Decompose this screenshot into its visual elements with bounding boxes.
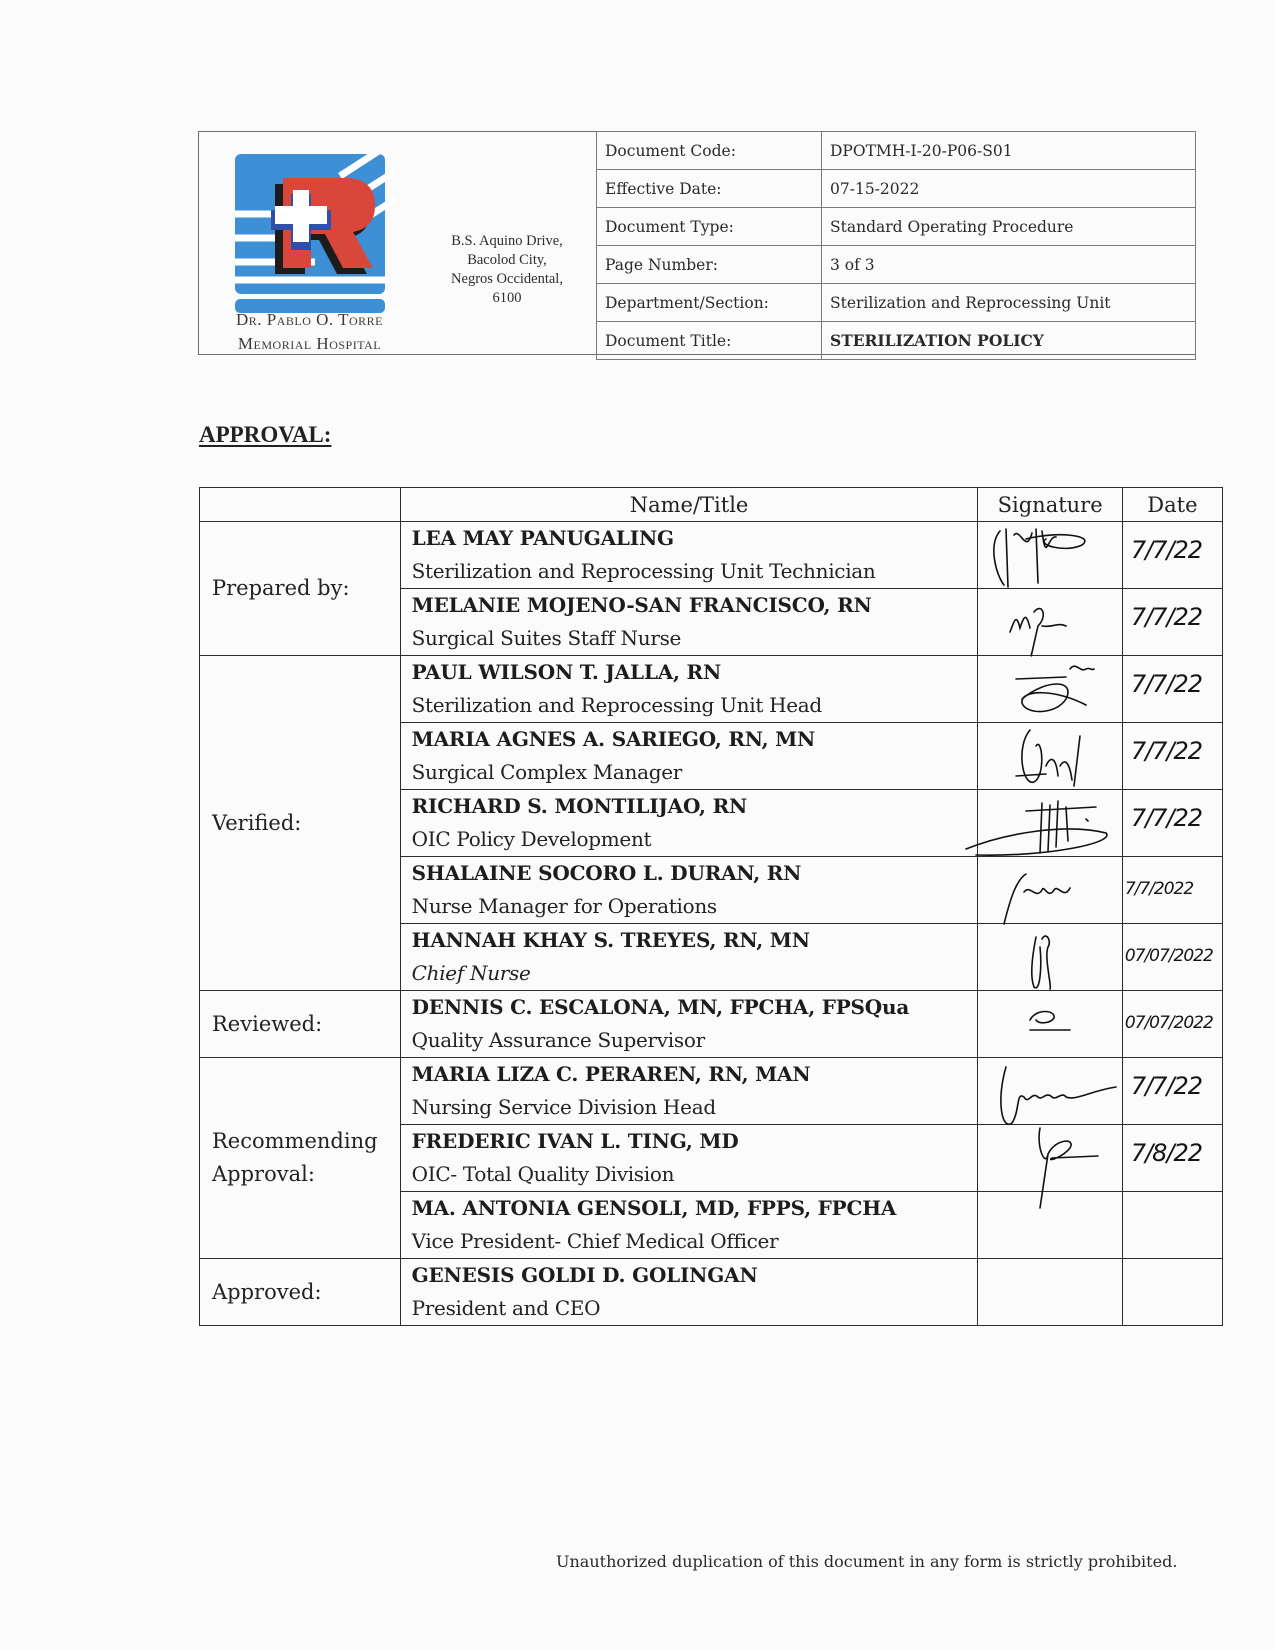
signatory-cell: GENESIS GOLDI D. GOLINGANPresident and C… xyxy=(400,1259,978,1326)
column-header-role xyxy=(200,488,401,522)
hospital-name-line1: Dr. Pablo O. Torre xyxy=(207,308,412,332)
handwritten-signature-icon xyxy=(986,726,1114,788)
approval-row: Prepared by:LEA MAY PANUGALINGSterilizat… xyxy=(200,522,1223,589)
handwritten-date: 7/7/22 xyxy=(1131,603,1202,631)
date-cell: 7/7/22 xyxy=(1122,522,1222,589)
column-header-date: Date xyxy=(1122,488,1222,522)
hospital-logo-icon xyxy=(235,154,395,319)
signatory-title: Quality Assurance Supervisor xyxy=(412,1024,978,1057)
document-header: Dr. Pablo O. Torre Memorial Hospital B.S… xyxy=(198,131,1196,355)
signatory-cell: MARIA LIZA C. PERAREN, RN, MANNursing Se… xyxy=(400,1058,978,1125)
signatory-cell: MA. ANTONIA GENSOLI, MD, FPPS, FPCHAVice… xyxy=(400,1192,978,1259)
handwritten-signature-icon xyxy=(986,1128,1114,1190)
signatory-title: OIC- Total Quality Division xyxy=(412,1158,978,1191)
hospital-address: B.S. Aquino Drive, Bacolod City, Negros … xyxy=(421,232,593,308)
meta-row-document-code: Document Code: DPOTMH-I-20-P06-S01 xyxy=(597,132,1196,170)
handwritten-signature-icon xyxy=(986,1061,1114,1123)
meta-value: 07-15-2022 xyxy=(822,170,1196,208)
approval-role-label: Verified: xyxy=(200,656,401,991)
signature-cell xyxy=(978,522,1122,589)
handwritten-signature-icon xyxy=(986,994,1114,1056)
handwritten-date: 7/7/22 xyxy=(1131,1072,1202,1100)
column-header-name-title: Name/Title xyxy=(400,488,978,522)
signatory-title: Sterilization and Reprocessing Unit Head xyxy=(412,689,978,722)
column-header-signature: Signature xyxy=(978,488,1122,522)
date-cell: 7/8/22 xyxy=(1122,1125,1222,1192)
meta-value: 3 of 3 xyxy=(822,246,1196,284)
approval-row: Recommending Approval:MARIA LIZA C. PERA… xyxy=(200,1058,1223,1125)
signatory-title: Surgical Complex Manager xyxy=(412,756,978,789)
signatory-title: Nursing Service Division Head xyxy=(412,1091,978,1124)
signatory-title: Surgical Suites Staff Nurse xyxy=(412,622,978,655)
date-cell: 7/7/2022 xyxy=(1122,857,1222,924)
footer-notice: Unauthorized duplication of this documen… xyxy=(556,1552,1177,1571)
signature-cell xyxy=(978,1125,1122,1192)
handwritten-date: 7/7/22 xyxy=(1131,670,1202,698)
signature-cell xyxy=(978,1259,1122,1326)
meta-label: Document Title: xyxy=(597,322,822,360)
meta-value: DPOTMH-I-20-P06-S01 xyxy=(822,132,1196,170)
handwritten-date: 7/7/2022 xyxy=(1125,879,1193,899)
signatory-cell: MARIA AGNES A. SARIEGO, RN, MNSurgical C… xyxy=(400,723,978,790)
signatory-title: Nurse Manager for Operations xyxy=(412,890,978,923)
meta-label: Document Type: xyxy=(597,208,822,246)
signatory-cell: DENNIS C. ESCALONA, MN, FPCHA, FPSQuaQua… xyxy=(400,991,978,1058)
approval-row: Approved:GENESIS GOLDI D. GOLINGANPresid… xyxy=(200,1259,1223,1326)
approval-role-label: Approved: xyxy=(200,1259,401,1326)
approval-row: Reviewed:DENNIS C. ESCALONA, MN, FPCHA, … xyxy=(200,991,1223,1058)
approval-row: Verified:PAUL WILSON T. JALLA, RNSterili… xyxy=(200,656,1223,723)
date-cell: 7/7/22 xyxy=(1122,656,1222,723)
signatory-cell: MELANIE MOJENO-SAN FRANCISCO, RNSurgical… xyxy=(400,589,978,656)
handwritten-date: 7/7/22 xyxy=(1131,737,1202,765)
signatory-name: HANNAH KHAY S. TREYES, RN, MN xyxy=(412,924,978,957)
meta-label: Effective Date: xyxy=(597,170,822,208)
meta-row-effective-date: Effective Date: 07-15-2022 xyxy=(597,170,1196,208)
signatory-name: SHALAINE SOCORO L. DURAN, RN xyxy=(412,857,978,890)
signatory-name: MA. ANTONIA GENSOLI, MD, FPPS, FPCHA xyxy=(412,1192,978,1225)
meta-label: Page Number: xyxy=(597,246,822,284)
signatory-title: Vice President- Chief Medical Officer xyxy=(412,1225,978,1258)
signatory-cell: SHALAINE SOCORO L. DURAN, RNNurse Manage… xyxy=(400,857,978,924)
signatory-name: MARIA AGNES A. SARIEGO, RN, MN xyxy=(412,723,978,756)
handwritten-date: 07/07/2022 xyxy=(1125,946,1213,966)
date-cell xyxy=(1122,1192,1222,1259)
signatory-title: President and CEO xyxy=(412,1292,978,1325)
hospital-name: Dr. Pablo O. Torre Memorial Hospital xyxy=(207,308,412,356)
signatory-cell: HANNAH KHAY S. TREYES, RN, MNChief Nurse xyxy=(400,924,978,991)
meta-value: STERILIZATION POLICY xyxy=(822,322,1196,360)
signature-cell xyxy=(978,924,1122,991)
signatory-name: GENESIS GOLDI D. GOLINGAN xyxy=(412,1259,978,1292)
signatory-name: LEA MAY PANUGALING xyxy=(412,522,978,555)
document-meta-table: Document Code: DPOTMH-I-20-P06-S01 Effec… xyxy=(596,131,1196,355)
handwritten-signature-icon xyxy=(986,659,1114,721)
handwritten-date: 7/7/22 xyxy=(1131,536,1202,564)
handwritten-signature-icon xyxy=(986,927,1114,989)
signatory-name: FREDERIC IVAN L. TING, MD xyxy=(412,1125,978,1158)
signatory-cell: FREDERIC IVAN L. TING, MDOIC- Total Qual… xyxy=(400,1125,978,1192)
meta-label: Department/Section: xyxy=(597,284,822,322)
approval-role-label: Prepared by: xyxy=(200,522,401,656)
signature-cell xyxy=(978,1058,1122,1125)
date-cell: 7/7/22 xyxy=(1122,790,1222,857)
signatory-cell: PAUL WILSON T. JALLA, RNSterilization an… xyxy=(400,656,978,723)
hospital-identity: Dr. Pablo O. Torre Memorial Hospital B.S… xyxy=(199,132,596,354)
signatory-name: MARIA LIZA C. PERAREN, RN, MAN xyxy=(412,1058,978,1091)
date-cell: 07/07/2022 xyxy=(1122,991,1222,1058)
signature-cell xyxy=(978,589,1122,656)
handwritten-signature-icon xyxy=(986,525,1114,587)
signatory-title: OIC Policy Development xyxy=(412,823,978,856)
signatory-cell: LEA MAY PANUGALINGSterilization and Repr… xyxy=(400,522,978,589)
date-cell: 7/7/22 xyxy=(1122,723,1222,790)
handwritten-signature-icon xyxy=(986,860,1114,922)
approval-table: Name/Title Signature Date Prepared by:LE… xyxy=(199,487,1223,1326)
signatory-title: Sterilization and Reprocessing Unit Tech… xyxy=(412,555,978,588)
handwritten-date: 7/8/22 xyxy=(1131,1139,1202,1167)
meta-row-page-number: Page Number: 3 of 3 xyxy=(597,246,1196,284)
handwritten-signature-icon xyxy=(986,592,1114,654)
date-cell: 07/07/2022 xyxy=(1122,924,1222,991)
approval-role-label: Recommending Approval: xyxy=(200,1058,401,1259)
date-cell: 7/7/22 xyxy=(1122,589,1222,656)
address-line: 6100 xyxy=(421,289,593,308)
handwritten-signature-icon xyxy=(986,793,1114,855)
approval-heading: APPROVAL: xyxy=(199,422,331,448)
signatory-title: Chief Nurse xyxy=(412,957,978,990)
signatory-cell: RICHARD S. MONTILIJAO, RNOIC Policy Deve… xyxy=(400,790,978,857)
meta-value: Standard Operating Procedure xyxy=(822,208,1196,246)
hospital-name-line2: Memorial Hospital xyxy=(207,332,412,356)
approval-role-label: Reviewed: xyxy=(200,991,401,1058)
signatory-name: DENNIS C. ESCALONA, MN, FPCHA, FPSQua xyxy=(412,991,978,1024)
date-cell xyxy=(1122,1259,1222,1326)
signatory-name: MELANIE MOJENO-SAN FRANCISCO, RN xyxy=(412,589,978,622)
signature-cell xyxy=(978,857,1122,924)
approval-table-header: Name/Title Signature Date xyxy=(200,488,1223,522)
signature-cell xyxy=(978,991,1122,1058)
signature-cell xyxy=(978,790,1122,857)
signature-cell xyxy=(978,656,1122,723)
meta-row-document-type: Document Type: Standard Operating Proced… xyxy=(597,208,1196,246)
address-line: B.S. Aquino Drive, xyxy=(421,232,593,251)
address-line: Bacolod City, xyxy=(421,251,593,270)
meta-row-department: Department/Section: Sterilization and Re… xyxy=(597,284,1196,322)
meta-value: Sterilization and Reprocessing Unit xyxy=(822,284,1196,322)
signatory-name: RICHARD S. MONTILIJAO, RN xyxy=(412,790,978,823)
signature-cell xyxy=(978,1192,1122,1259)
signature-cell xyxy=(978,723,1122,790)
meta-label: Document Code: xyxy=(597,132,822,170)
meta-row-document-title: Document Title: STERILIZATION POLICY xyxy=(597,322,1196,360)
handwritten-date: 7/7/22 xyxy=(1131,804,1202,832)
address-line: Negros Occidental, xyxy=(421,270,593,289)
date-cell: 7/7/22 xyxy=(1122,1058,1222,1125)
handwritten-date: 07/07/2022 xyxy=(1125,1013,1213,1033)
signatory-name: PAUL WILSON T. JALLA, RN xyxy=(412,656,978,689)
